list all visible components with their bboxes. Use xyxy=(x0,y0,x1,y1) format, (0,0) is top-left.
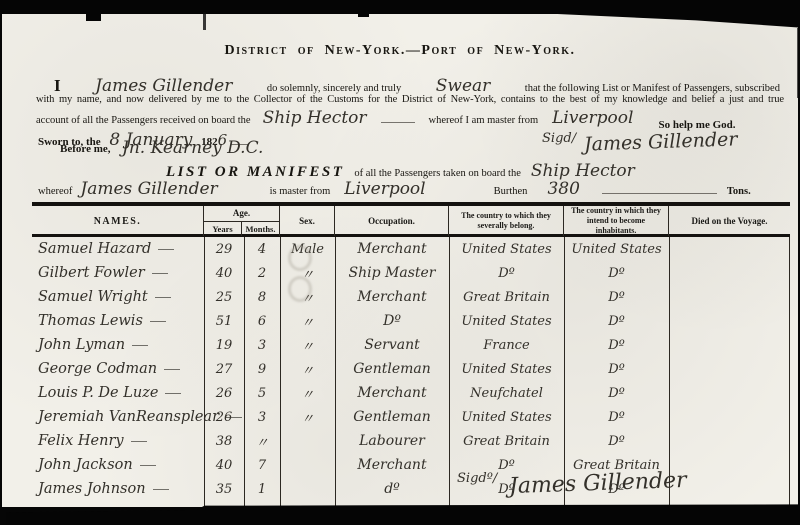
age-years: 40 xyxy=(204,266,244,281)
whereof-label: whereof xyxy=(38,186,72,197)
master-signature-bottom: James Gillender xyxy=(509,468,687,499)
scan-streak xyxy=(203,12,206,30)
tons-label: Tons. xyxy=(727,186,751,197)
country-inhabit: Dº xyxy=(564,314,669,329)
age-years: 19 xyxy=(204,338,244,353)
country-belong: United States xyxy=(449,410,564,425)
name-flourish xyxy=(165,393,181,394)
age-months: 〃 xyxy=(244,432,280,451)
passenger-name: Samuel Hazard xyxy=(32,241,204,258)
country-inhabit: Dº xyxy=(564,386,669,401)
column-divider xyxy=(244,237,245,515)
name-flourish xyxy=(152,273,168,274)
table-row: Thomas Lewis 51 6 〃 Dº United States Dº xyxy=(32,309,790,333)
signed-label-bottom: Sigdº/ xyxy=(457,471,497,486)
age-years: 26 xyxy=(204,386,244,401)
name-flourish xyxy=(140,465,156,466)
age-months: 6 xyxy=(244,314,280,329)
table-row: John Lyman 19 3 〃 Servant France Dº xyxy=(32,333,790,357)
occupation: Servant xyxy=(335,337,449,353)
age-months: 8 xyxy=(244,290,280,305)
oath-text-onboard: account of all the Passengers received o… xyxy=(36,115,251,126)
sex: 〃 xyxy=(280,312,335,331)
name-flourish xyxy=(132,345,148,346)
occupation: Gentleman xyxy=(335,361,449,377)
name-flourish xyxy=(131,441,147,442)
age-years: 27 xyxy=(204,362,244,377)
occupation: Dº xyxy=(335,313,449,329)
table-row: Louis P. De Luze 26 5 〃 Merchant Neufcha… xyxy=(32,381,790,405)
passenger-table: NAMES. Age. Years Months. Sex. Occupatio… xyxy=(32,202,790,515)
oath-line-2: with my name, and now delivered by me to… xyxy=(36,94,784,105)
header-occupation: Occupation. xyxy=(335,206,449,236)
country-belong: Great Britain xyxy=(449,434,564,449)
sex: 〃 xyxy=(280,360,335,379)
column-divider xyxy=(789,237,790,515)
column-divider xyxy=(449,237,450,515)
age-months: 3 xyxy=(244,410,280,425)
country-inhabit: Dº xyxy=(564,266,669,281)
age-years: 38 xyxy=(204,434,244,449)
passenger-name: Samuel Wright xyxy=(32,289,204,306)
document-title: District of New-York.—Port of New-York. xyxy=(2,43,798,59)
age-months: 3 xyxy=(244,338,280,353)
passenger-name: James Johnson xyxy=(32,481,204,498)
header-age-sub: Years Months. xyxy=(204,222,279,237)
occupation: dº xyxy=(335,481,449,497)
master-name-handwritten: James Gillender xyxy=(95,76,232,96)
table-body: Samuel Hazard 29 4 Male Merchant United … xyxy=(32,237,790,515)
name-flourish xyxy=(150,321,166,322)
passenger-name: Gilbert Fowler xyxy=(32,265,204,282)
master-signature: James Gillender xyxy=(584,128,738,155)
header-age-months: Months. xyxy=(242,222,279,237)
age-years: 29 xyxy=(204,242,244,257)
passenger-name: John Lyman xyxy=(32,337,204,354)
age-months: 5 xyxy=(244,386,280,401)
country-inhabit: Dº xyxy=(564,434,669,449)
header-age: Age. Years Months. xyxy=(204,206,280,236)
country-belong: Dº xyxy=(449,266,564,281)
faint-ink-stamp xyxy=(288,245,332,269)
oath-text-solemnly: do solemnly, sincerely and truly xyxy=(267,83,401,94)
age-months: 9 xyxy=(244,362,280,377)
passenger-name: Louis P. De Luze xyxy=(32,385,204,402)
sex: 〃 xyxy=(280,408,335,427)
country-inhabit: Dº xyxy=(564,290,669,305)
country-inhabit: Dº xyxy=(564,410,669,425)
country-belong: United States xyxy=(449,362,564,377)
oath-pronoun: I xyxy=(54,76,61,96)
passenger-name: John Jackson xyxy=(32,457,204,474)
occupation: Merchant xyxy=(335,289,449,305)
table-row: Samuel Hazard 29 4 Male Merchant United … xyxy=(32,237,790,261)
occupation: Gentleman xyxy=(335,409,449,425)
header-country-inhabit: The country in which they intend to beco… xyxy=(564,206,669,236)
name-flourish xyxy=(226,417,242,418)
table-row: Felix Henry 38 〃 Labourer Great Britain … xyxy=(32,429,790,453)
oath-text-subscribed: that the following List or Manifest of P… xyxy=(525,83,780,94)
country-belong: Neufchatel xyxy=(449,386,564,401)
manifest-master-line: whereof James Gillender is master from L… xyxy=(38,179,786,199)
scanned-manifest-page: District of New-York.—Port of New-York. … xyxy=(0,0,800,525)
country-belong: Great Britain xyxy=(449,290,564,305)
passenger-name: Jeremiah VanReansplear xyxy=(32,409,204,426)
table-row: Jeremiah VanReansplear 26 3 〃 Gentleman … xyxy=(32,405,790,429)
header-sex: Sex. xyxy=(280,206,335,236)
occupation: Merchant xyxy=(335,457,449,473)
port-handwritten: Liverpool xyxy=(344,179,425,199)
ship-name-handwritten: Ship Hector xyxy=(263,108,367,128)
occupation: Merchant xyxy=(335,385,449,401)
burthen-label: Burthen xyxy=(494,186,528,197)
name-flourish xyxy=(164,369,180,370)
table-row: George Codman 27 9 〃 Gentleman United St… xyxy=(32,357,790,381)
country-inhabit: Dº xyxy=(564,338,669,353)
table-row: Gilbert Fowler 40 2 〃 Ship Master Dº Dº xyxy=(32,261,790,285)
ship-name-handwritten-2: Ship Hector xyxy=(531,161,635,181)
oath-line-1: I James Gillender do solemnly, sincerely… xyxy=(40,76,780,96)
occupation: Ship Master xyxy=(335,265,449,281)
age-years: 51 xyxy=(204,314,244,329)
signed-label: Sigd/ xyxy=(542,131,576,146)
column-divider xyxy=(204,237,205,515)
passenger-name: Thomas Lewis xyxy=(32,313,204,330)
manifest-subtitle: of all the Passengers taken on board the xyxy=(354,168,521,179)
sex: 〃 xyxy=(280,336,335,355)
blank-dash xyxy=(381,122,415,123)
table-row: Samuel Wright 25 8 〃 Merchant Great Brit… xyxy=(32,285,790,309)
name-flourish xyxy=(155,297,171,298)
age-months: 7 xyxy=(244,458,280,473)
country-belong: France xyxy=(449,338,564,353)
paper-sheet: District of New-York.—Port of New-York. … xyxy=(2,13,798,507)
name-flourish xyxy=(158,249,174,250)
age-months: 2 xyxy=(244,266,280,281)
scan-notch xyxy=(86,0,101,21)
header-names: NAMES. xyxy=(32,206,204,236)
header-died: Died on the Voyage. xyxy=(669,206,790,236)
age-months: 4 xyxy=(244,242,280,257)
country-belong: United States xyxy=(449,242,564,257)
passenger-name: Felix Henry xyxy=(32,433,204,450)
master-name-handwritten-2: James Gillender xyxy=(80,179,217,199)
master-signature-block-bottom: Sigdº/ James Gillender xyxy=(457,471,687,496)
header-age-label: Age. xyxy=(204,206,279,222)
header-country-belong: The country to which they severally belo… xyxy=(449,206,564,236)
age-years: 40 xyxy=(204,458,244,473)
country-belong: United States xyxy=(449,314,564,329)
sex: 〃 xyxy=(280,384,335,403)
country-inhabit: Dº xyxy=(564,362,669,377)
manifest-title-line: LIST OR MANIFEST of all the Passengers t… xyxy=(38,161,780,181)
name-flourish xyxy=(153,489,169,490)
country-inhabit: United States xyxy=(564,242,669,257)
burthen-blank-line xyxy=(602,193,717,194)
before-me-label: Before me, xyxy=(60,143,111,155)
age-years: 35 xyxy=(204,482,244,497)
age-months: 1 xyxy=(244,482,280,497)
table-header-row: NAMES. Age. Years Months. Sex. Occupatio… xyxy=(32,206,790,234)
age-years: 25 xyxy=(204,290,244,305)
column-divider xyxy=(280,237,281,515)
column-divider xyxy=(335,237,336,515)
is-master-label: is master from xyxy=(270,186,331,197)
officer-signature: Jn. Kearney D.C. xyxy=(122,138,263,158)
header-age-years: Years xyxy=(204,222,242,237)
master-signature-block-top: Sigd/ James Gillender xyxy=(542,131,737,153)
occupation: Labourer xyxy=(335,433,449,449)
oath-text-master-from: whereof I am master from xyxy=(429,115,539,126)
scan-notch xyxy=(358,0,369,17)
occupation: Merchant xyxy=(335,241,449,257)
burthen-value-handwritten: 380 xyxy=(547,179,579,199)
passenger-name: George Codman xyxy=(32,361,204,378)
swear-word-handwritten: Swear xyxy=(436,76,491,96)
